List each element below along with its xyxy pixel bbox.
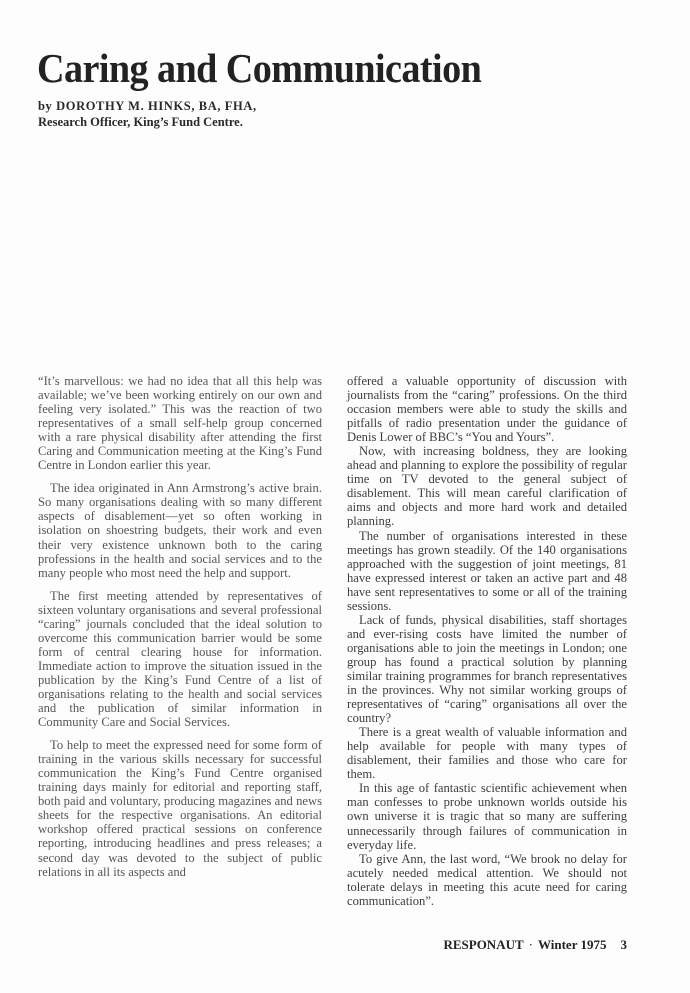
paragraph: The number of organisations interested i… — [347, 529, 627, 613]
author-name: by DOROTHY M. HINKS, BA, FHA, — [38, 98, 257, 114]
author-affiliation: Research Officer, King’s Fund Centre. — [38, 114, 257, 130]
paragraph: There is a great wealth of valuable info… — [347, 725, 627, 781]
paragraph: Now, with increasing boldness, they are … — [347, 444, 627, 528]
publication-name: RESPONAUT — [443, 937, 523, 952]
paragraph: “It’s marvellous: we had no idea that al… — [38, 374, 322, 472]
byline: by DOROTHY M. HINKS, BA, FHA, Research O… — [38, 98, 257, 130]
article-title: Caring and Communication — [37, 44, 481, 92]
page-number: 3 — [621, 937, 628, 952]
issue-date: Winter 1975 — [538, 937, 607, 952]
paragraph: To help to meet the expressed need for s… — [38, 738, 322, 878]
paragraph: The idea originated in Ann Armstrong’s a… — [38, 481, 322, 579]
footer-separator: · — [529, 937, 533, 952]
paragraph: Lack of funds, physical disabilities, st… — [347, 613, 627, 725]
page-footer: RESPONAUT·Winter 19753 — [430, 937, 627, 953]
paragraph: The first meeting attended by representa… — [38, 589, 322, 729]
paragraph: In this age of fantastic scientific achi… — [347, 781, 627, 851]
paragraph: To give Ann, the last word, “We brook no… — [347, 852, 627, 908]
left-column: “It’s marvellous: we had no idea that al… — [38, 374, 322, 888]
right-column: offered a valuable opportunity of discus… — [347, 374, 627, 908]
paragraph: offered a valuable opportunity of discus… — [347, 374, 627, 444]
